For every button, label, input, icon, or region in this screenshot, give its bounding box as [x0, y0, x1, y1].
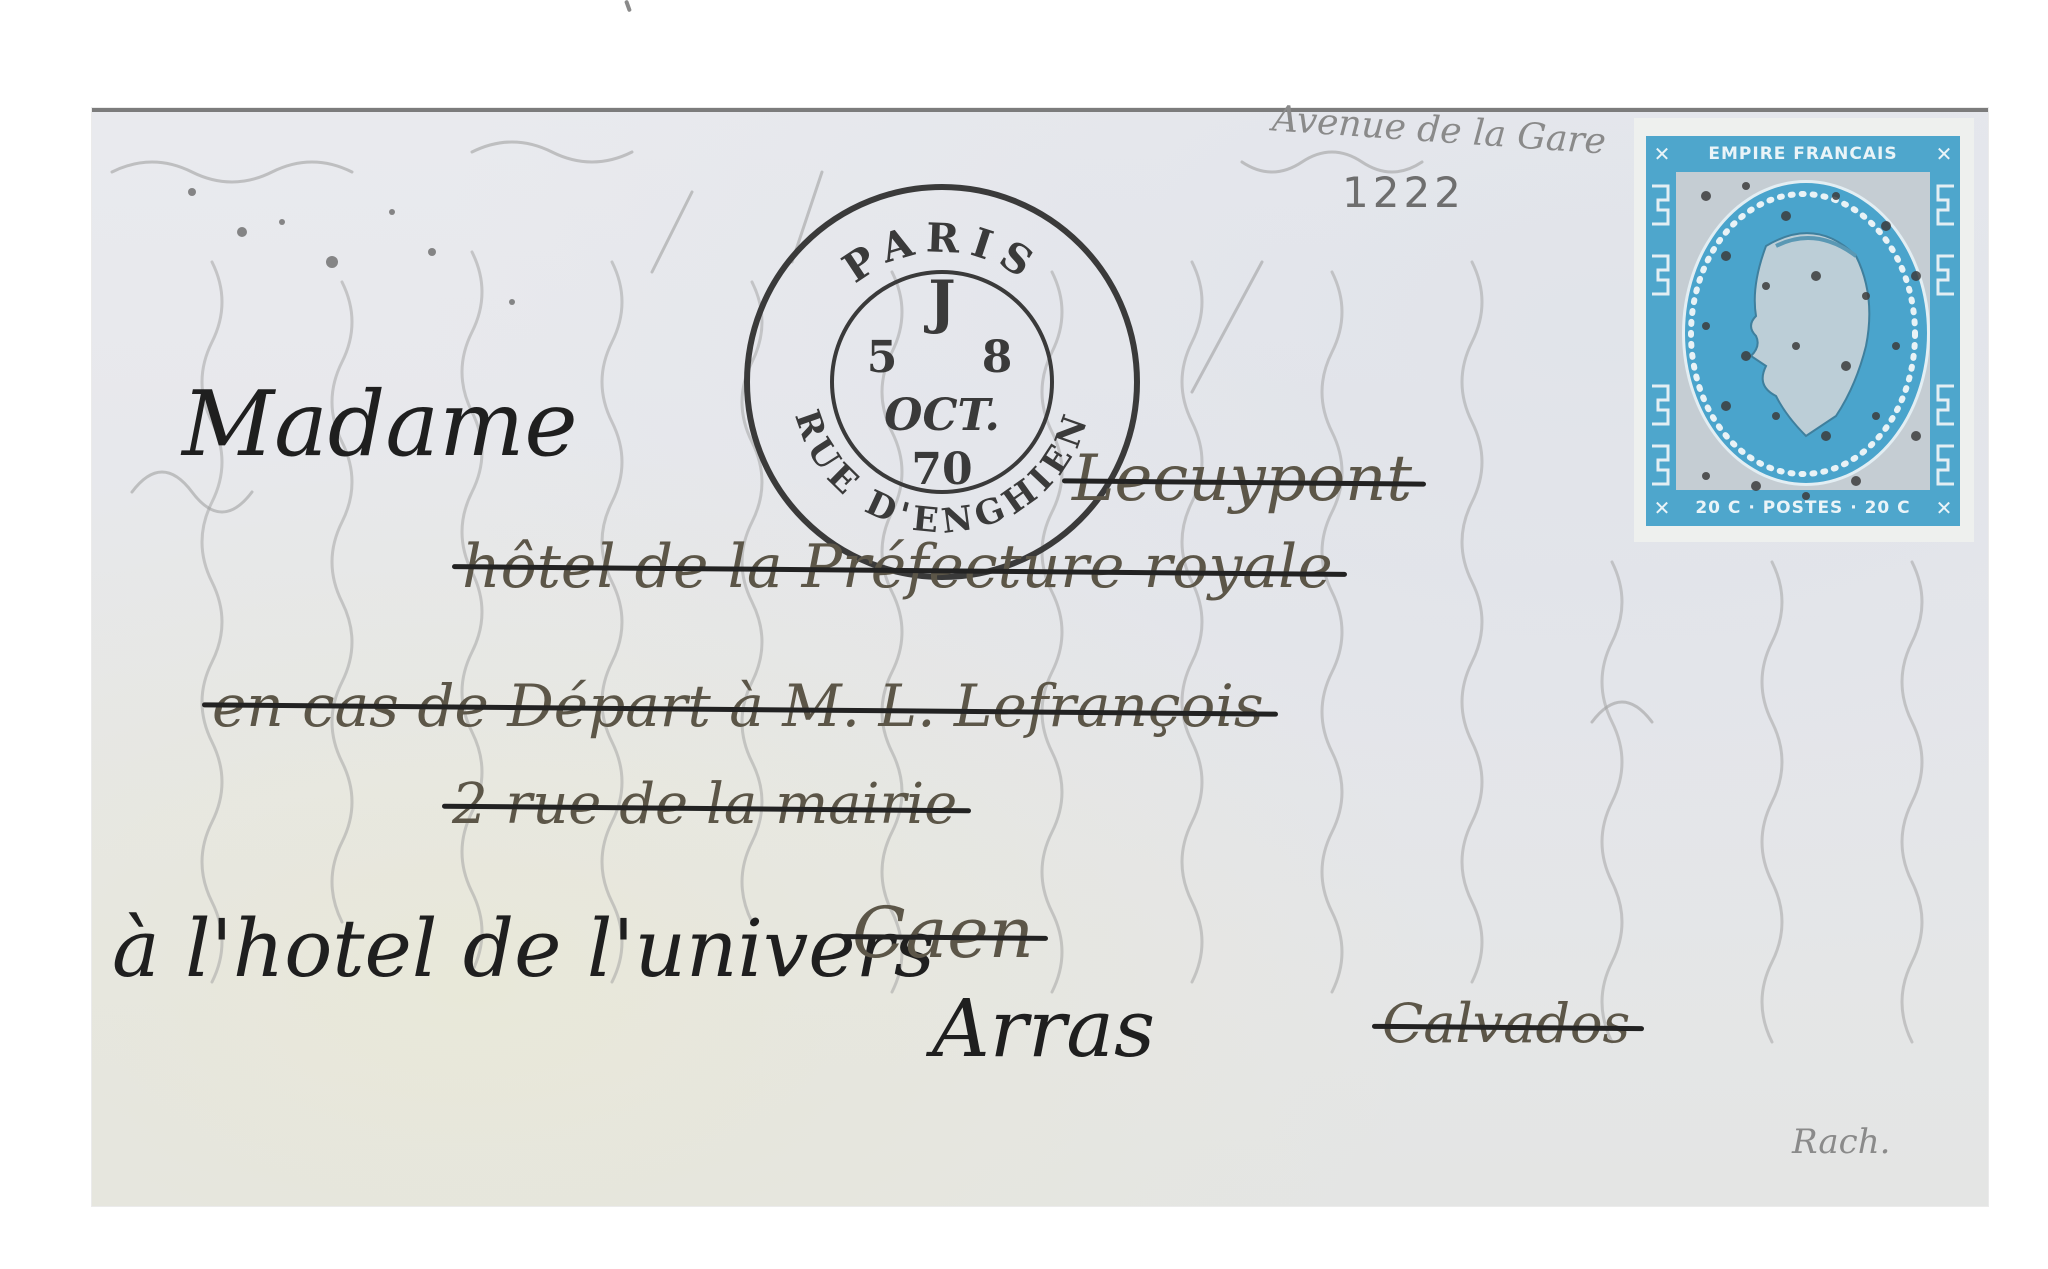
address-line5: à l'hotel de l'univers	[112, 902, 935, 995]
postage-stamp: ✕ ✕ ✕ ✕ EMPIRE FRANCAIS 20 C · POSTES · …	[1634, 118, 1974, 542]
postmark-slot: J	[923, 268, 955, 336]
stray-ink-mark	[624, 0, 632, 12]
address-salutation: Madame	[182, 372, 578, 477]
address-line2-struck: hôtel de la Préfecture royale	[462, 532, 1333, 602]
pencil-note-corner: Rach.	[1792, 1122, 1890, 1162]
address-city-struck: Caen	[852, 892, 1034, 974]
address-dept-struck: Calvados	[1382, 992, 1630, 1055]
postmark-month: OCT.	[884, 390, 1000, 441]
paris-postmark: PARIS RUE D'ENGHIEN J 5 8 OCT. 70	[732, 172, 1152, 592]
address-name-struck: Lecuypont	[1072, 442, 1412, 516]
postmark-day: 8	[982, 332, 1013, 383]
address-line3-struck: en cas de Départ à M. L. Lefrançois	[212, 672, 1264, 740]
postmark-year: 70	[911, 444, 972, 495]
address-city-new: Arras	[932, 982, 1155, 1075]
catalog-number: 1222	[1342, 168, 1465, 217]
postmark-hour: 5	[867, 332, 898, 383]
postal-cover: 1222 Avenue de la Gare PARIS RUE D'ENGHI…	[92, 108, 1988, 1206]
address-line4-struck: 2 rue de la mairie	[452, 772, 957, 837]
stamp-engraving	[1646, 136, 1960, 526]
